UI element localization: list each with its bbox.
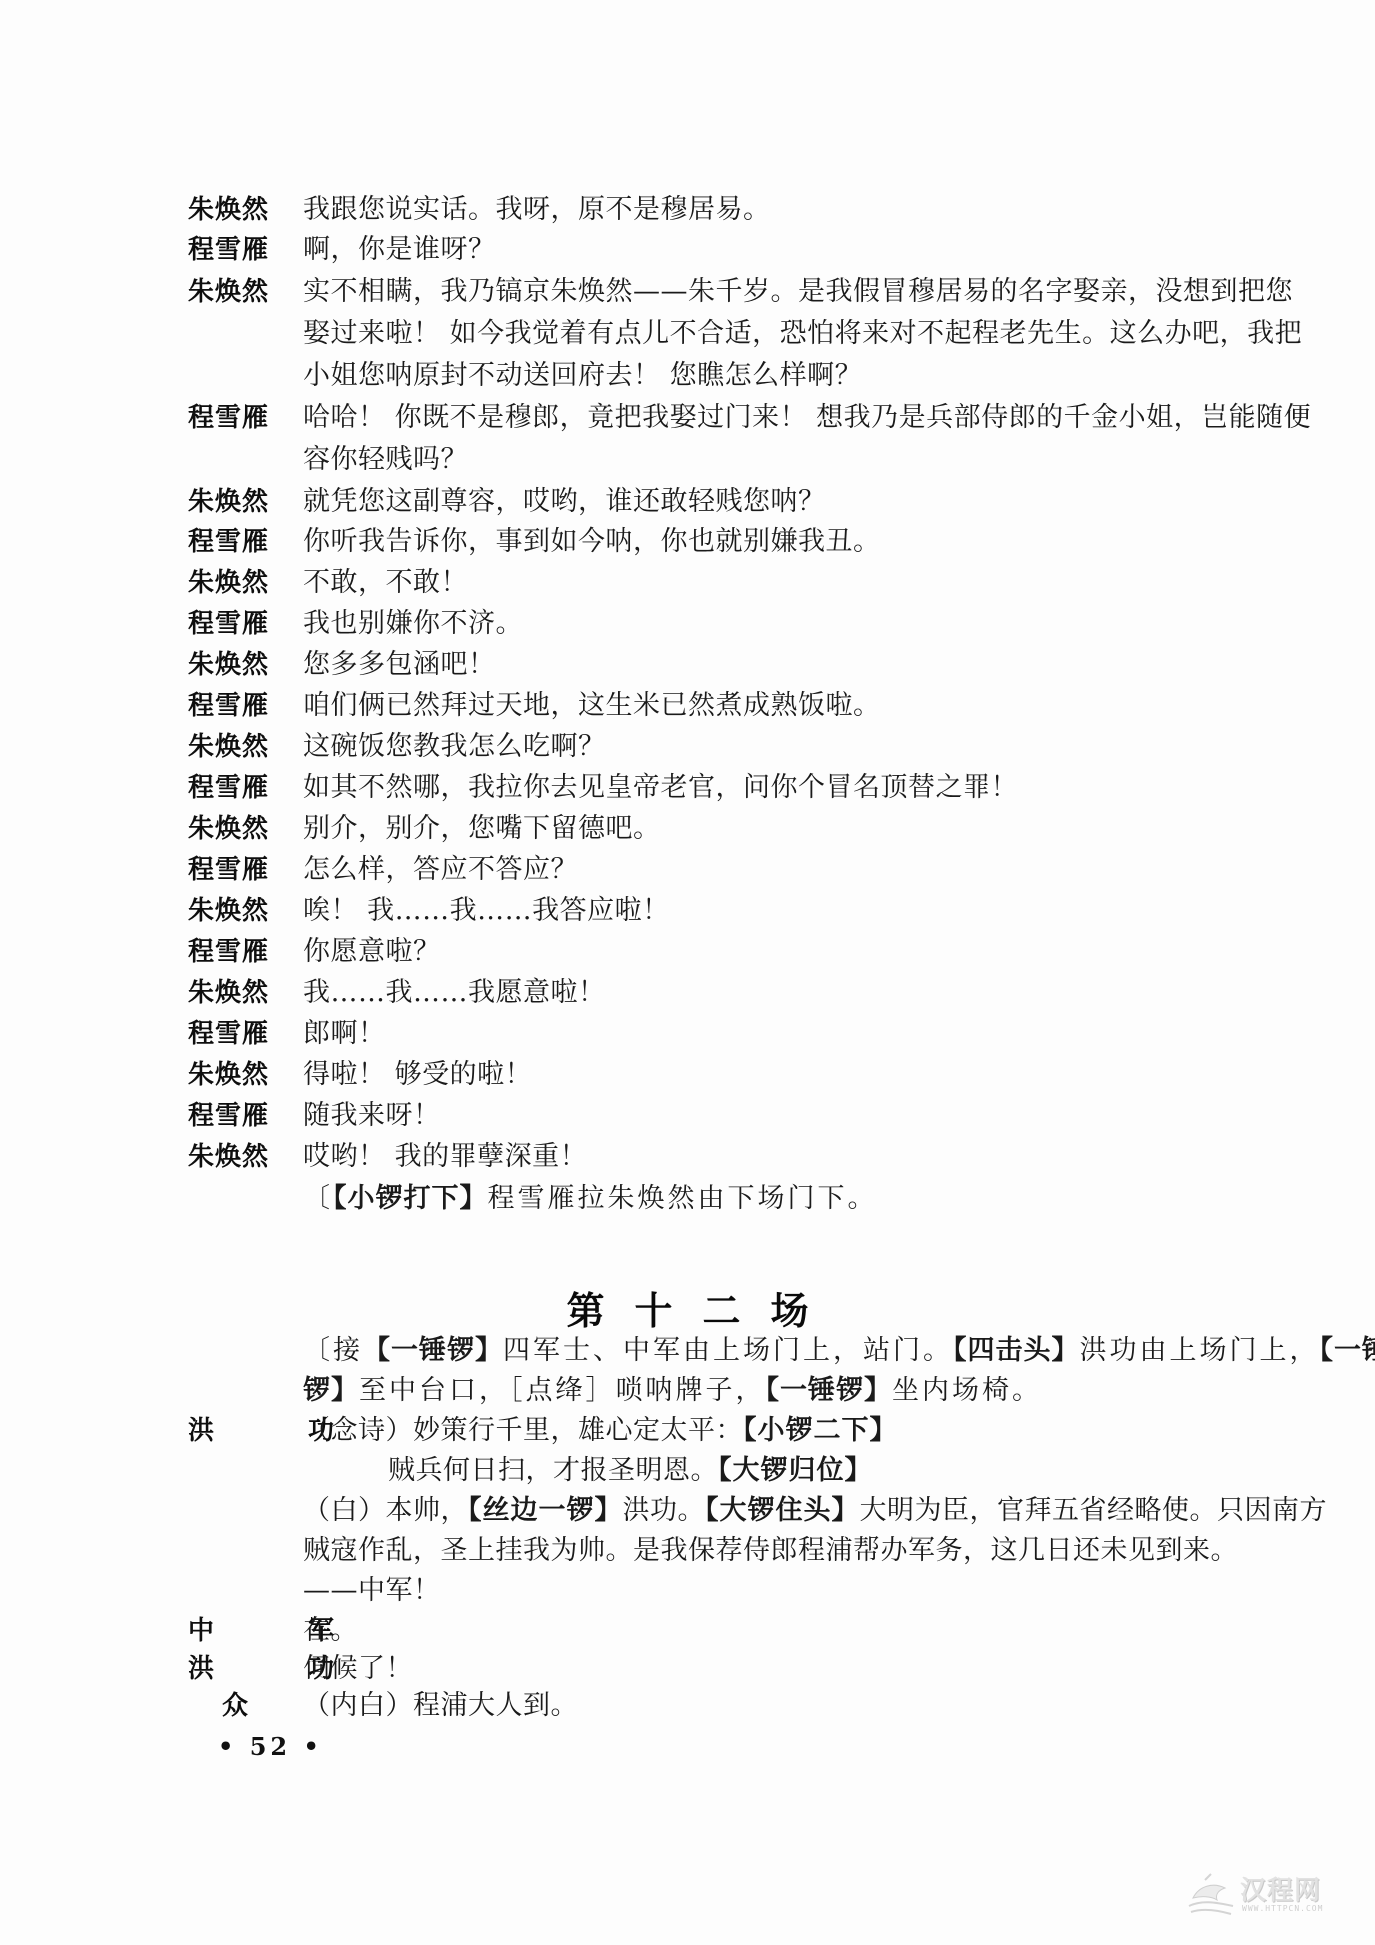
speech-text: 洪功。 [623,1495,706,1526]
watermark: 汉程网 WWW.HTTPCN.COM [1185,1868,1365,1928]
speaker-name: 程雪雁 [188,522,288,562]
speech-text: （白）本帅， [303,1495,468,1526]
dialogue-text: 别介，别介，您嘴下留德吧。 [303,809,661,849]
speaker-name: 朱焕然 [188,973,288,1013]
dialogue-text: 你愿意啦？ [303,932,441,972]
dialogue-text: 不敢，不敢！ [303,563,468,603]
direction-text: 〔接 [303,1335,363,1366]
direction-text: 程雪雁拉朱焕然由下场门下。 [488,1183,878,1214]
percussion-cue: 【一锤锣】 [363,1335,503,1366]
dialogue-text: 就凭您这副尊容，哎哟，谁还敢轻贱您呐？ [303,482,826,522]
dialogue-text: 随我来呀！ [303,1096,441,1136]
percussion-cue: 【一锤 [1320,1335,1375,1366]
speaker-name: 朱焕然 [188,891,288,931]
book-page: 朱焕然 我跟您说实话。我呀，原不是穆居易。 程雪雁 啊，你是谁呀？ 朱焕然 实不… [0,0,1375,1945]
dialogue-text: 这碗饭您教我怎么吃啊？ [303,727,606,767]
percussion-cue: 锣】 [303,1375,359,1406]
percussion-cue: 【大锣归位】 [718,1455,873,1486]
dialogue-text: 我……我……我愿意啦！ [303,973,606,1013]
speaker-name: 朱焕然 [188,1137,288,1177]
poem-verse: （念诗）妙策行千里，雄心定太平： [303,1415,743,1446]
dialogue-text: ——中军！ [303,1571,441,1611]
poem-text: 贼兵何日扫，才报圣明恩。【大锣归位】 [388,1451,873,1491]
dialogue-text: 怎么样，答应不答应？ [303,850,578,890]
speaker-name: 洪 功 [188,1649,288,1689]
percussion-cue: 【小锣二下】 [743,1415,898,1446]
speaker-name: 程雪雁 [188,686,288,726]
stage-direction-text: 〔【小锣打下】程雪雁拉朱焕然由下场门下。 [303,1179,878,1219]
speaker-name: 朱焕然 [188,272,288,312]
dialogue-text: 贼寇作乱，圣上挂我为帅。是我保荐侍郎程浦帮办军务，这几日还未见到来。 [303,1531,1238,1571]
percussion-cue: 【一锤锣】 [766,1375,893,1406]
speaker-name: 朱焕然 [188,809,288,849]
watermark-title: 汉程网 [1240,1870,1321,1907]
speaker-name: 程雪雁 [188,604,288,644]
speaker-name: 朱焕然 [188,727,288,767]
speaker-name: 朱焕然 [188,645,288,685]
speaker-name: 朱焕然 [188,563,288,603]
speaker-name: 程雪雁 [188,398,288,438]
dialogue-text: （内白）程浦大人到。 [303,1686,578,1726]
scene-title: 第十二场 [0,1280,1375,1335]
dialogue-text: 我也别嫌你不济。 [303,604,523,644]
dialogue-text: 唉！ 我……我……我答应啦！ [303,891,670,931]
dialogue-text: 哈哈！ 你既不是穆郎，竟把我娶过门来！ 想我乃是兵部侍郎的千金小姐，岂能随便 [303,398,1311,438]
dialogue-text: 娶过来啦！ 如今我觉着有点儿不合适，恐怕将来对不起程老先生。这么办吧，我把 [303,314,1302,354]
dialogue-text: 容你轻贱吗？ [303,440,468,480]
dialogue-text: 咱们俩已然拜过天地，这生米已然煮成熟饭啦。 [303,686,881,726]
speaker-name: 程雪雁 [188,230,288,270]
dialogue-text: 得啦！ 够受的啦！ [303,1055,532,1095]
speaker-name: 程雪雁 [188,932,288,972]
dialogue-text: 哎哟！ 我的罪孽深重！ [303,1137,587,1177]
speaker-name: 程雪雁 [188,1096,288,1136]
percussion-cue: 【大锣住头】 [705,1495,860,1526]
dialogue-text: 我跟您说实话。我呀，原不是穆居易。 [303,190,771,230]
speaker-name: 程雪雁 [188,768,288,808]
dialogue-text: 小姐您呐原封不动送回府去！ 您瞧怎么样啊？ [303,356,862,396]
direction-text: 四军士、中军由上场门上，站门。 [503,1335,953,1366]
speaker-name: 程雪雁 [188,850,288,890]
direction-text: 至中台口，［点绛］唢呐牌子， [359,1375,766,1406]
speech-text: 大明为臣，官拜五省经略使。只因南方 [860,1495,1328,1526]
speaker-name: 朱焕然 [188,190,288,230]
poem-text: （念诗）妙策行千里，雄心定太平：【小锣二下】 [303,1411,898,1451]
percussion-cue: 【小锣打下】 [333,1183,488,1214]
percussion-cue: 【四击头】 [953,1335,1080,1366]
page-number: • 52 • [218,1732,323,1761]
direction-text: 洪功由上场门上， [1080,1335,1320,1366]
dialogue-text: 你听我告诉你，事到如今呐，你也就别嫌我丑。 [303,522,881,562]
bracket-mark: 〔 [303,1183,333,1214]
speaker-name: 洪 功 [188,1411,288,1451]
percussion-cue: 【丝边一锣】 [468,1495,623,1526]
dialogue-text: 您多多包涵吧！ [303,645,496,685]
dialogue-text: 在。 [303,1611,358,1651]
dialogue-text: （白）本帅，【丝边一锣】洪功。【大锣住头】大明为臣，官拜五省经略使。只因南方 [303,1491,1327,1531]
dialogue-text: 啊，你是谁呀？ [303,230,496,270]
direction-text: 坐内场椅。 [892,1375,1042,1406]
stage-direction-text: 〔接【一锤锣】四军士、中军由上场门上，站门。【四击头】洪功由上场门上，【一锤 [303,1331,1375,1371]
watermark-url: WWW.HTTPCN.COM [1242,1904,1323,1913]
dialogue-text: 郎啊！ [303,1014,386,1054]
dialogue-text: 实不相瞒，我乃镐京朱焕然——朱千岁。是我假冒穆居易的名字娶亲，没想到把您 [303,272,1293,312]
wave-logo-icon [1185,1868,1240,1923]
speaker-name: 朱焕然 [188,482,288,522]
dialogue-text: 如其不然哪，我拉你去见皇帝老官，问你个冒名顶替之罪！ [303,768,1018,808]
speaker-name: 中 军 [188,1611,288,1651]
speaker-name: 程雪雁 [188,1014,288,1054]
speaker-name: 朱焕然 [188,1055,288,1095]
dialogue-text: 伺候了！ [303,1649,413,1689]
poem-verse: 贼兵何日扫，才报圣明恩。 [388,1455,718,1486]
stage-direction-text: 锣】至中台口，［点绛］唢呐牌子，【一锤锣】坐内场椅。 [303,1371,1042,1411]
